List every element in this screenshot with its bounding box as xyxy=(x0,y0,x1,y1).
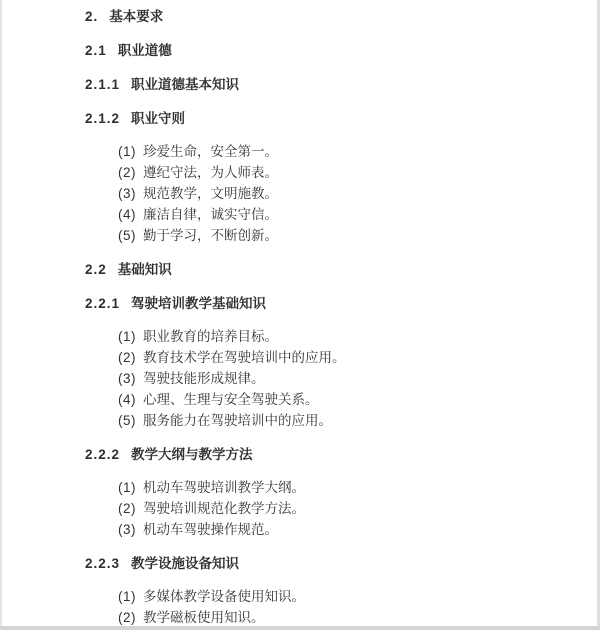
item-number: (2) xyxy=(118,501,136,516)
item-number: (1) xyxy=(118,144,136,159)
heading-number: 2.1.1 xyxy=(85,77,120,92)
item-number: (3) xyxy=(118,522,136,537)
item-text: 教育技术学在驾驶培训中的应用。 xyxy=(143,350,346,365)
heading-number: 2.2.3 xyxy=(85,556,120,571)
item-number: (3) xyxy=(118,371,136,386)
heading-text: 职业道德基本知识 xyxy=(131,77,239,92)
item-number: (1) xyxy=(118,329,136,344)
section-heading-2-2: 2.2基础知识 xyxy=(85,259,600,280)
item-number: (4) xyxy=(118,392,136,407)
item-number: (5) xyxy=(118,228,136,243)
list-item: (4)心理、生理与安全驾驶关系。 xyxy=(118,389,600,410)
heading-text: 基础知识 xyxy=(118,262,172,277)
list-item: (5)服务能力在驾驶培训中的应用。 xyxy=(118,410,600,431)
item-number: (2) xyxy=(118,610,136,625)
item-number: (5) xyxy=(118,413,136,428)
item-number: (4) xyxy=(118,207,136,222)
heading-number: 2.2.1 xyxy=(85,296,120,311)
item-number: (3) xyxy=(118,186,136,201)
item-number: (1) xyxy=(118,480,136,495)
document-page: 2.基本要求2.1职业道德2.1.1职业道德基本知识2.1.2职业守则(1)珍爱… xyxy=(0,0,600,630)
item-text: 遵纪守法，为人师表。 xyxy=(143,165,278,180)
item-number: (2) xyxy=(118,165,136,180)
item-text: 教学磁板使用知识。 xyxy=(143,610,265,625)
heading-number: 2.2 xyxy=(85,262,107,277)
item-number: (2) xyxy=(118,350,136,365)
list-item: (3)机动车驾驶操作规范。 xyxy=(118,519,600,540)
section-heading-2-2-1: 2.2.1驾驶培训教学基础知识 xyxy=(85,293,600,314)
heading-number: 2.1 xyxy=(85,43,107,58)
section-heading-2-2-3: 2.2.3教学设施设备知识 xyxy=(85,553,600,574)
section-heading-2-1: 2.1职业道德 xyxy=(85,40,600,61)
list-item: (2)驾驶培训规范化教学方法。 xyxy=(118,498,600,519)
item-text: 多媒体教学设备使用知识。 xyxy=(143,589,305,604)
section-heading-2-1-1: 2.1.1职业道德基本知识 xyxy=(85,74,600,95)
heading-text: 教学设施设备知识 xyxy=(131,556,239,571)
list-item: (2)教学磁板使用知识。 xyxy=(118,607,600,628)
section-heading-2-2-2: 2.2.2教学大纲与教学方法 xyxy=(85,444,600,465)
heading-text: 教学大纲与教学方法 xyxy=(131,447,253,462)
section-heading-2-1-2: 2.1.2职业守则 xyxy=(85,108,600,129)
section-heading-2: 2.基本要求 xyxy=(85,6,600,27)
item-text: 廉洁自律，诚实守信。 xyxy=(143,207,278,222)
heading-text: 职业守则 xyxy=(131,111,185,126)
list-item: (1)珍爱生命，安全第一。 xyxy=(118,141,600,162)
list-item: (2)教育技术学在驾驶培训中的应用。 xyxy=(118,347,600,368)
list-item: (4)廉洁自律，诚实守信。 xyxy=(118,204,600,225)
list-item: (5)勤于学习，不断创新。 xyxy=(118,225,600,246)
list-item: (1)机动车驾驶培训教学大纲。 xyxy=(118,477,600,498)
item-number: (1) xyxy=(118,589,136,604)
item-text: 规范教学，文明施教。 xyxy=(143,186,278,201)
list-item: (2)遵纪守法，为人师表。 xyxy=(118,162,600,183)
item-text: 机动车驾驶操作规范。 xyxy=(143,522,278,537)
heading-text: 基本要求 xyxy=(109,9,163,24)
item-text: 机动车驾驶培训教学大纲。 xyxy=(143,480,305,495)
item-text: 驾驶技能形成规律。 xyxy=(143,371,265,386)
item-text: 驾驶培训规范化教学方法。 xyxy=(143,501,305,516)
list-item: (1)职业教育的培养目标。 xyxy=(118,326,600,347)
item-text: 珍爱生命，安全第一。 xyxy=(143,144,278,159)
heading-text: 驾驶培训教学基础知识 xyxy=(131,296,266,311)
heading-text: 职业道德 xyxy=(118,43,172,58)
heading-number: 2.1.2 xyxy=(85,111,120,126)
item-text: 勤于学习，不断创新。 xyxy=(143,228,278,243)
list-item: (3)驾驶技能形成规律。 xyxy=(118,368,600,389)
item-text: 职业教育的培养目标。 xyxy=(143,329,278,344)
document-content: 2.基本要求2.1职业道德2.1.1职业道德基本知识2.1.2职业守则(1)珍爱… xyxy=(0,0,600,628)
heading-number: 2. xyxy=(85,9,98,24)
list-item: (1)多媒体教学设备使用知识。 xyxy=(118,586,600,607)
item-text: 服务能力在驾驶培训中的应用。 xyxy=(143,413,332,428)
item-text: 心理、生理与安全驾驶关系。 xyxy=(143,392,319,407)
list-item: (3)规范教学，文明施教。 xyxy=(118,183,600,204)
heading-number: 2.2.2 xyxy=(85,447,120,462)
